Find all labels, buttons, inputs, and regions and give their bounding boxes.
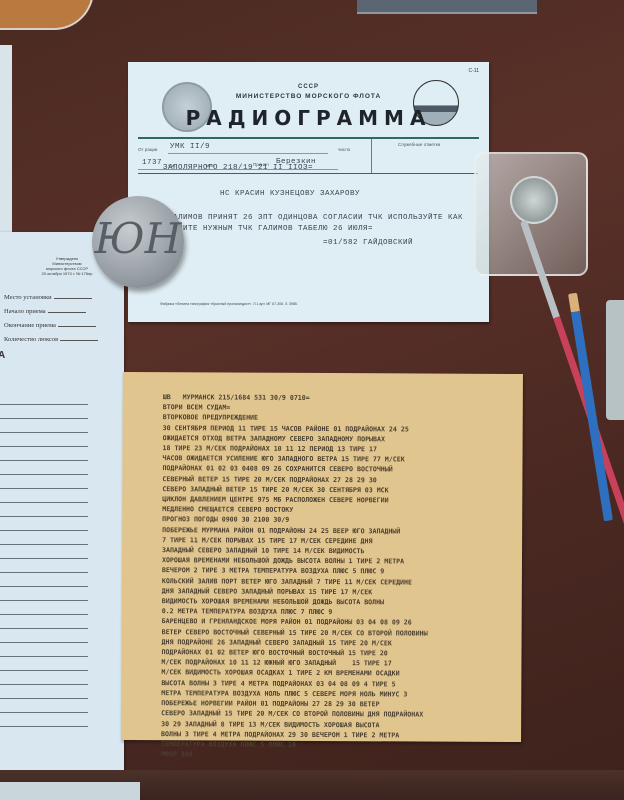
teletype-text: ШВ МУРМАНСК 215/1684 531 30/9 0710=ВТОРИ… [161,392,515,761]
form-heading-fragment: А [0,350,5,361]
bottom-paper-edge [0,782,140,800]
field-label: Место установки [4,294,52,301]
approval-line: 20 октября 1973 г. № 176пр [32,271,102,276]
reception-form-sheet: Утверждено Министерством морского флота … [0,232,124,772]
form-rule-line [0,712,88,713]
engraved-metal-box: ЮН [92,196,184,288]
monogram: ЮН [92,214,184,263]
form-rule-line [0,544,88,545]
form-rule-line [0,502,88,503]
form-rule-line [0,432,88,433]
form-rule-line [0,586,88,587]
form-rule-line [0,516,88,517]
form-code: С-11 [469,68,479,74]
form-rule-line [0,656,88,657]
form-field-lux: Количество люксов [4,336,98,343]
form-rule-line [0,698,88,699]
teletype-weather-bulletin: ШВ МУРМАНСК 215/1684 531 30/9 0710=ВТОРИ… [121,372,523,742]
radiogram-header-line: ЗАПОЛЯРНОГО 218/19 21 II IIОЗ= [163,164,313,172]
field-label: Начало приема [4,308,46,315]
field-label: Количество люксов [4,336,58,343]
form-rule-line [0,404,88,405]
form-rule-line [0,670,88,671]
printer-note: Фабрика «Ленина типография «Красный проп… [160,302,298,306]
country-label: СССР [128,84,489,90]
form-rule-line [0,558,88,559]
radiogram-body-line-2: СОДИТЕ НУЖНЫМ ТЧК ГАЛИМОВ ТАБЕЛЮ 26 ИЮЛЯ… [168,225,373,233]
field-label: Окончание приема [4,322,56,329]
glass-inkwell [474,152,588,276]
form-field-end: Окончание приема [4,322,96,329]
header-bottom-rule [138,173,478,174]
form-rule-line [0,572,88,573]
ministry-label: МИНИСТЕРСТВО МОРСКОГО ФЛОТА [128,93,489,100]
form-rule-line [0,474,88,475]
teletype-line: МФОР 300 [161,749,513,761]
time-value: 1737 [142,159,162,167]
form-rule-line [0,530,88,531]
field-line [54,298,92,299]
service-marks-label: Служебные отметки [398,142,440,147]
header-divider [371,139,372,173]
form-rule-line [0,614,88,615]
form-rule-line [0,642,88,643]
form-rule-line [0,460,88,461]
date-label: число [338,147,350,152]
field-line [58,326,96,327]
left-paper-edge [0,45,12,245]
radiogram-signature: =01/582 ГАЙДОВСКИЙ [323,239,413,247]
form-rule-line [0,684,88,685]
header-rule [138,137,479,139]
glass-object [606,300,624,420]
radiogram-addressee: НС КРАСИН КУЗНЕЦОВУ ЗАХАРОВУ [220,190,360,198]
inkwell-well [510,176,558,224]
form-field-start: Начало приема [4,308,86,315]
form-rule-line [0,446,88,447]
top-left-object [0,0,94,30]
form-rule-line [0,418,88,419]
top-stone-block [357,0,537,14]
form-rule-line [0,726,88,727]
field-line [60,340,98,341]
form-rule-line [0,600,88,601]
from-station-value: УМК II/9 [170,143,210,151]
form-field-location: Место установки [4,294,92,301]
radiogram-sheet: С-11 СССР МИНИСТЕРСТВО МОРСКОГО ФЛОТА РА… [128,62,489,322]
form-rule-line [0,488,88,489]
from-station-line [168,153,328,154]
from-station-label: От рации [138,147,157,152]
radiogram-title: РАДИОГРАММА [128,106,489,130]
field-line [48,312,86,313]
radiogram-body-line-1: ГАЛИМОВ ПРИНЯТ 26 ЗПТ ОДИНЦОВА СОГЛАСИИ … [168,214,463,222]
form-rule-line [0,628,88,629]
